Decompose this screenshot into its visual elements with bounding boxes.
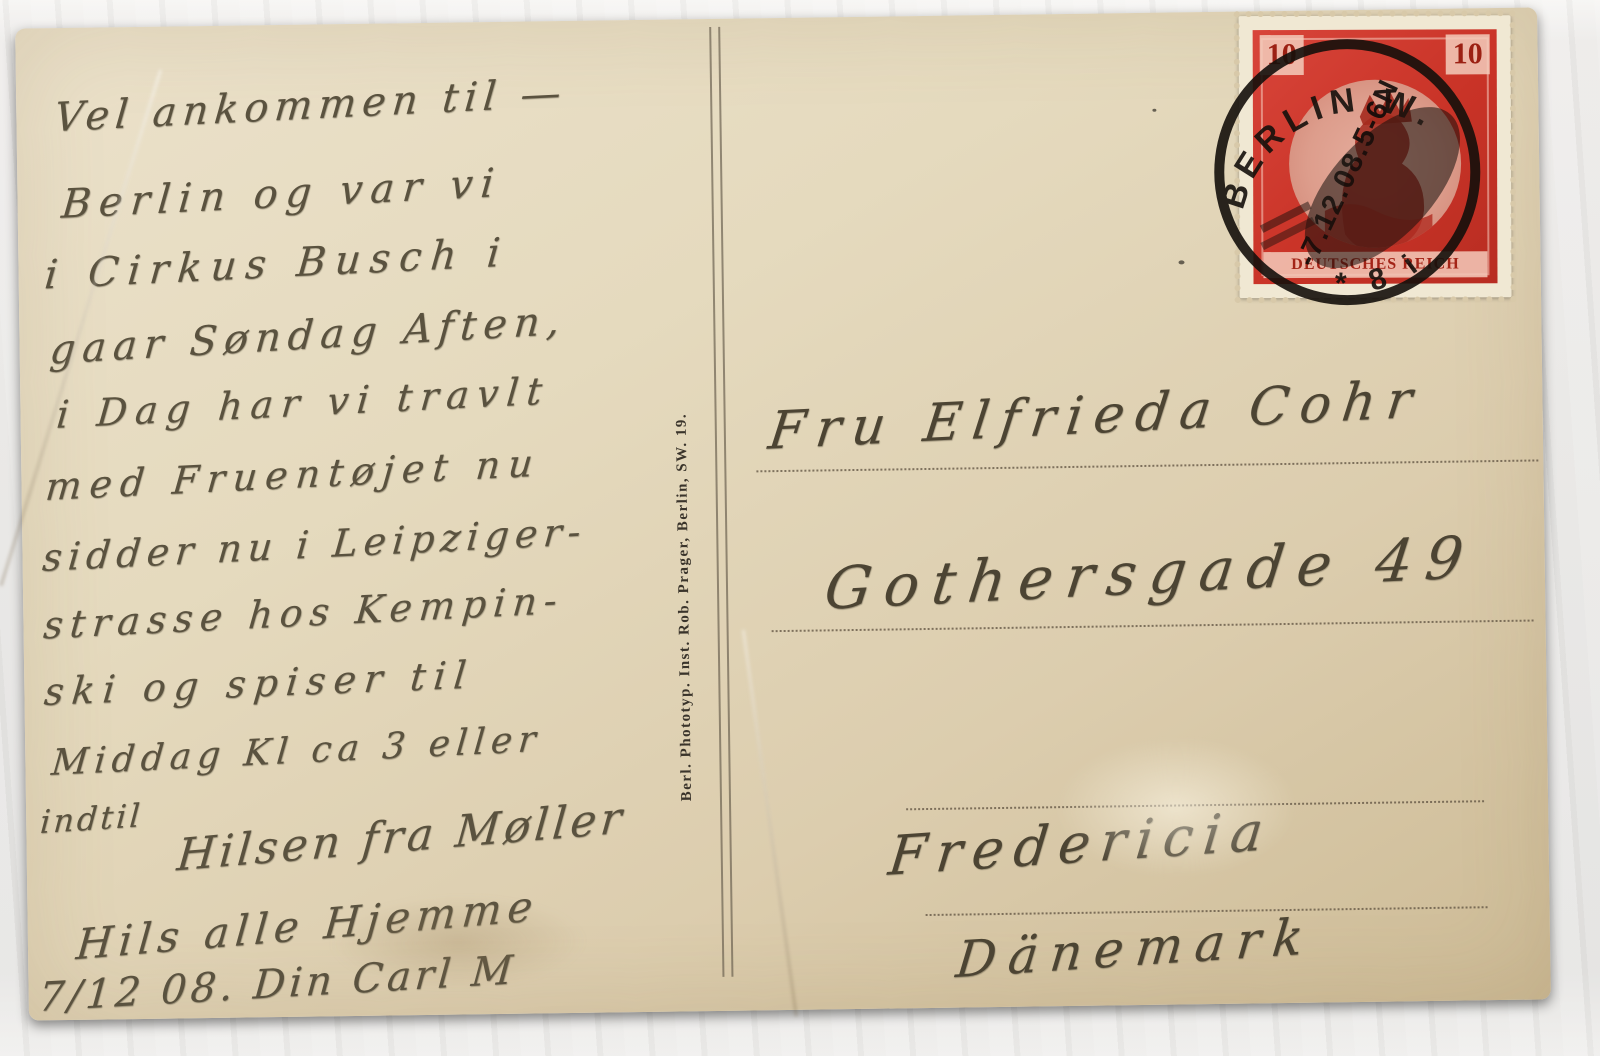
- postcard-back: Vel ankommen til — Berlin og var vi i Ci…: [15, 7, 1551, 1020]
- message-line-5: i Dag har vi travlt: [55, 369, 552, 437]
- message-line-11: indtil: [39, 796, 144, 841]
- message-line-8: strasse hos Kempin-: [42, 578, 566, 648]
- ink-speck: [1152, 109, 1156, 112]
- printer-imprint: Berl. Phototyp. Inst. Rob. Prager, Berli…: [672, 281, 696, 801]
- address-city: Fredericia: [886, 799, 1277, 888]
- address-name: Fru Elfrieda Cohr: [765, 369, 1426, 461]
- message-line-4: gaar Søndag Aften,: [48, 298, 568, 374]
- message-line-9: ski og spiser til: [42, 653, 476, 714]
- message-line-2: Berlin og var vi: [60, 160, 504, 228]
- address-country: Dänemark: [953, 907, 1318, 989]
- message-signature: Hilsen fra Møller: [175, 792, 628, 881]
- address-dotted-line-1: [756, 459, 1538, 472]
- message-line-3: i Cirkus Busch i: [43, 230, 511, 299]
- ink-speck: [1178, 260, 1184, 264]
- crease-mark: [742, 630, 798, 1017]
- message-line-10: Middag Kl ca 3 eller: [50, 719, 544, 784]
- divider-line: [709, 27, 733, 977]
- address-dotted-line-2: [772, 620, 1534, 633]
- address-street: Gothersgade 49: [821, 523, 1480, 623]
- message-line-1: Vel ankommen til —: [52, 70, 568, 141]
- message-line-6: med Fruentøjet nu: [44, 441, 543, 509]
- postmark: BERLIN W. -7.12.08.5-6N * 8 i: [1203, 2, 1517, 326]
- message-line-7: sidder nu i Leipziger-: [41, 509, 589, 580]
